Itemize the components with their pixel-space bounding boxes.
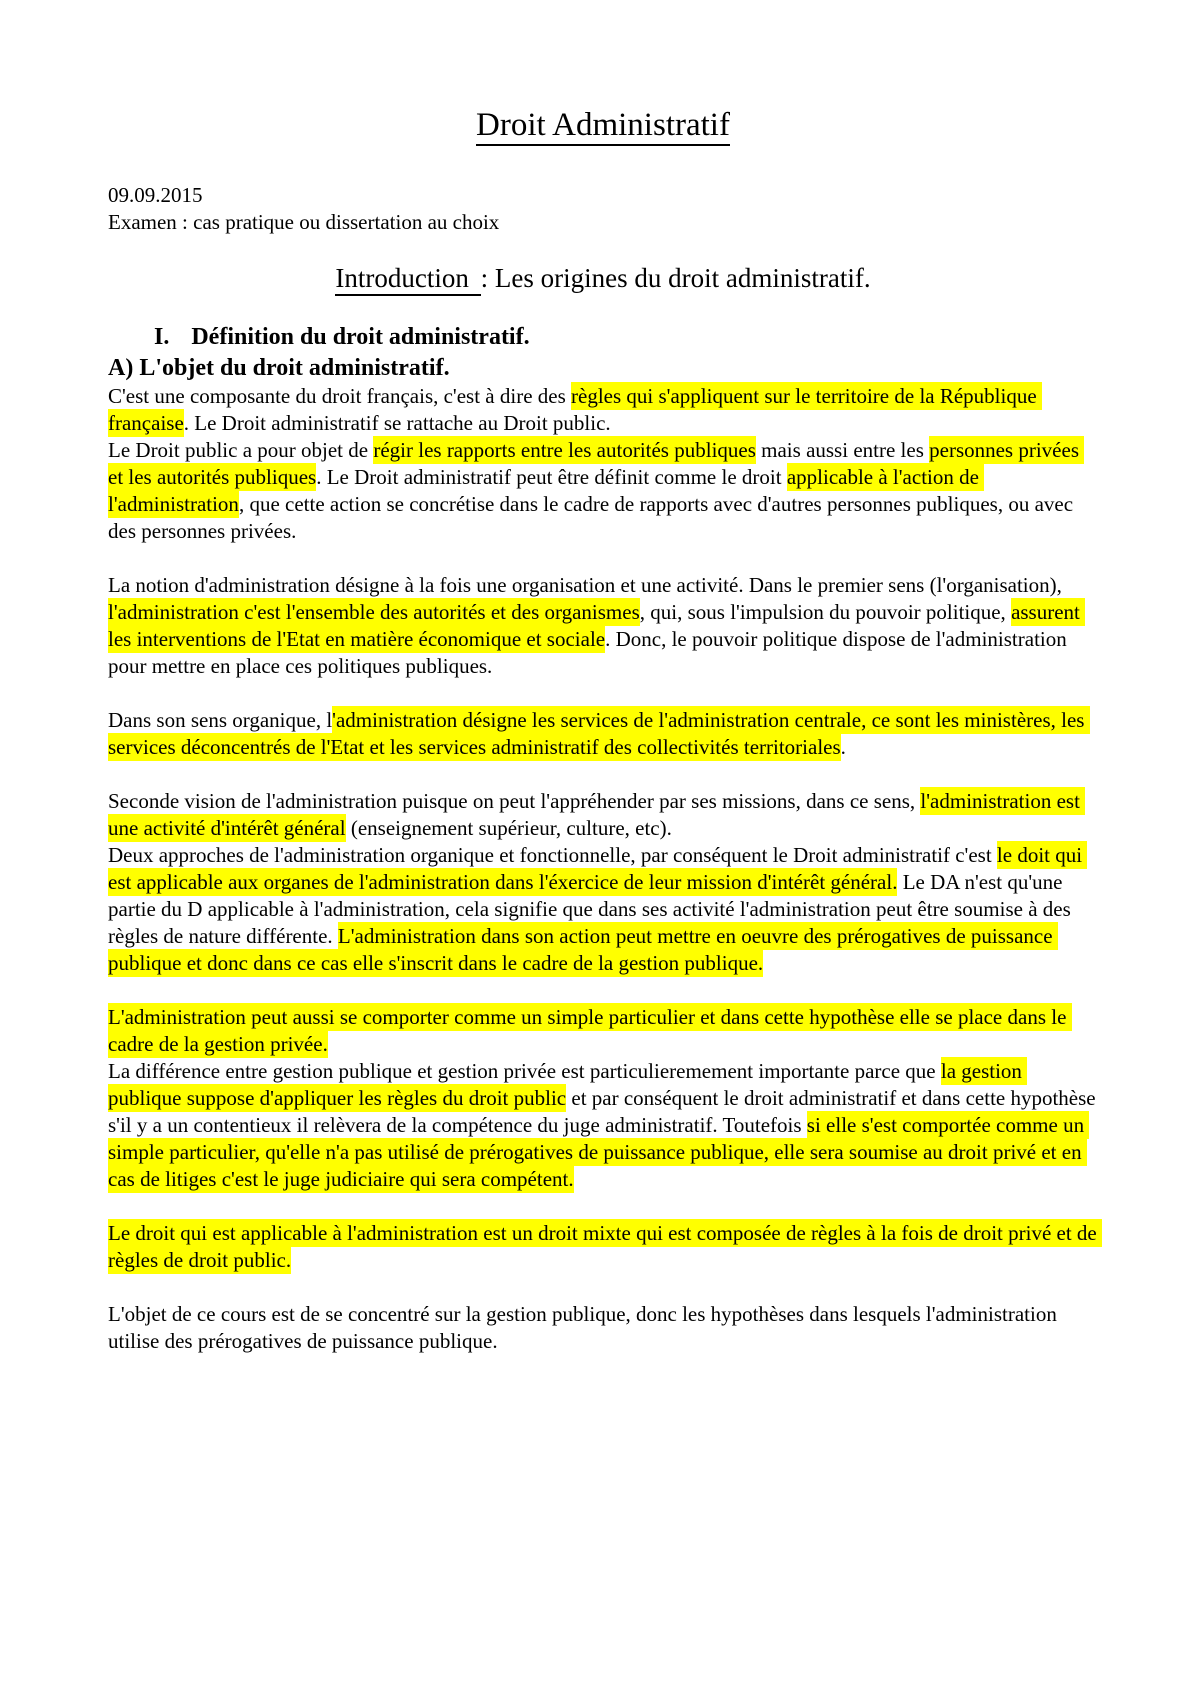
section-heading: I.Définition du droit administratif. (108, 322, 1098, 352)
subsection-heading: A) L'objet du droit administratif. (108, 353, 1098, 383)
body-text: Dans son sens organique, l (108, 708, 332, 732)
body-text: , que cette action se concrétise dans le… (108, 492, 1078, 543)
paragraph: Seconde vision de l'administration puisq… (108, 788, 1098, 977)
body-text: . (841, 735, 846, 759)
date-text: 09.09.2015 (108, 182, 1098, 209)
intro-heading-rest: : Les origines du droit administratif. (481, 263, 871, 293)
highlighted-text: L'administration peut aussi se comporter… (108, 1003, 1072, 1058)
document-page: Droit Administratif 09.09.2015 Examen : … (0, 0, 1200, 1698)
body-text: Seconde vision de l'administration puisq… (108, 789, 920, 813)
body-text: La notion d'administration désigne à la … (108, 573, 1067, 597)
paragraph: Dans son sens organique, l'administratio… (108, 707, 1098, 761)
page-title-text: Droit Administratif (476, 107, 730, 146)
document-body: C'est une composante du droit français, … (108, 383, 1098, 1355)
section-number: I. (154, 324, 169, 350)
body-text: mais aussi entre les (756, 438, 929, 462)
meta-block: 09.09.2015 Examen : cas pratique ou diss… (108, 182, 1098, 236)
exam-note: Examen : cas pratique ou dissertation au… (108, 209, 1098, 236)
highlighted-text: l'administration c'est l'ensemble des au… (108, 598, 640, 626)
section-title: Définition du droit administratif. (191, 324, 529, 350)
paragraph: La notion d'administration désigne à la … (108, 572, 1098, 680)
paragraph: Le droit qui est applicable à l'administ… (108, 1220, 1098, 1274)
page-title: Droit Administratif (108, 104, 1098, 146)
highlighted-text: régir les rapports entre les autorités p… (373, 436, 756, 464)
highlighted-text: Le droit qui est applicable à l'administ… (108, 1219, 1102, 1274)
paragraph: C'est une composante du droit français, … (108, 383, 1098, 545)
paragraph: L'administration peut aussi se comporter… (108, 1004, 1098, 1193)
body-text: L'objet de ce cours est de se concentré … (108, 1302, 1062, 1353)
intro-heading-underlined: Introduction (335, 263, 480, 296)
intro-heading: Introduction : Les origines du droit adm… (108, 260, 1098, 296)
body-text: La différence entre gestion publique et … (108, 1059, 941, 1083)
body-text: . Le Droit administratif peut être défin… (316, 465, 787, 489)
body-text: , qui, sous l'impulsion du pouvoir polit… (640, 600, 1011, 624)
body-text: C'est une composante du droit français, … (108, 384, 571, 408)
paragraph: L'objet de ce cours est de se concentré … (108, 1301, 1098, 1355)
